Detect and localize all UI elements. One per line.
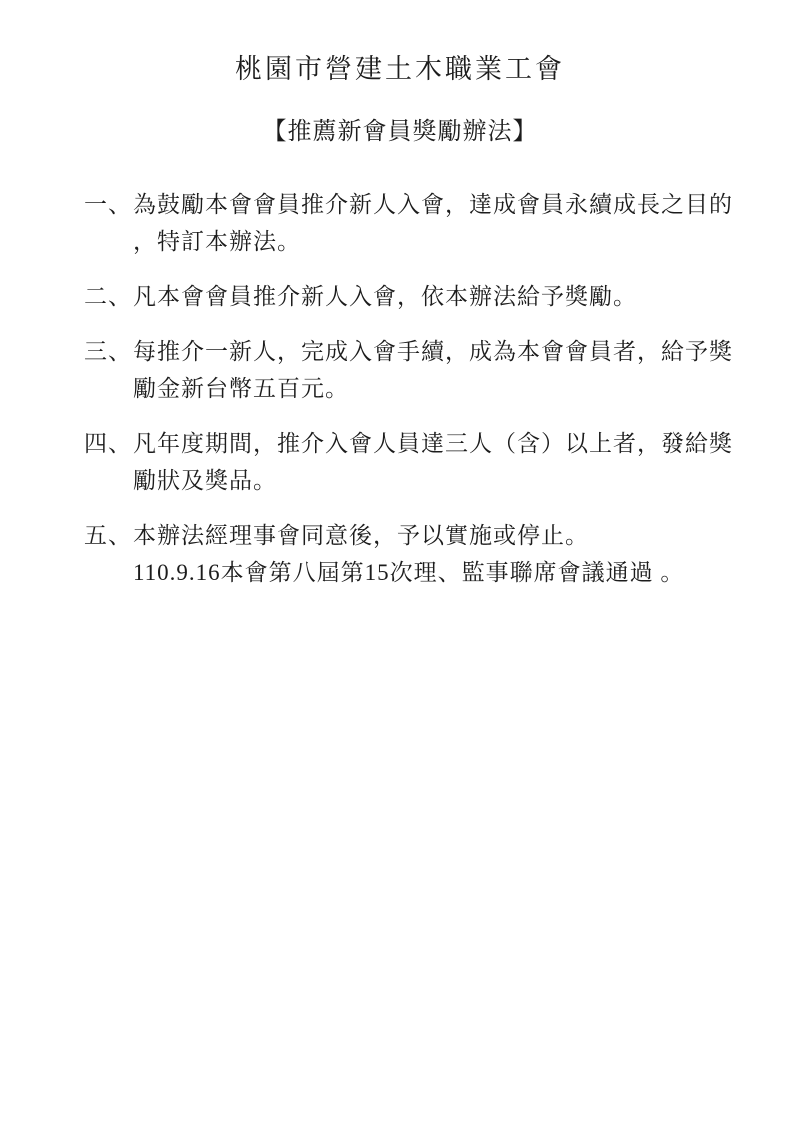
item-1-line-1: 為鼓勵本會會員推介新人入會，達成會員永續成長之目的: [133, 186, 733, 223]
document-title: 桃園市營建土木職業工會: [0, 52, 800, 86]
list-item-2: 二、 凡本會會員推介新人入會，依本辦法給予獎勵。: [84, 278, 730, 315]
list-item-5: 五、 本辦法經理事會同意後，予以實施或停止。 110.9.16本會第八屆第15次…: [84, 517, 730, 591]
list-item-3: 三、 每推介一新人，完成入會手續，成為本會會員者，給予獎 勵金新台幣五百元。: [84, 333, 730, 407]
item-3-line-2: 勵金新台幣五百元。: [133, 370, 733, 407]
item-3-line-1: 每推介一新人，完成入會手續，成為本會會員者，給予獎: [133, 333, 733, 370]
item-3-marker: 三、: [84, 333, 133, 370]
item-1-line-2: ，特訂本辦法。: [133, 223, 733, 260]
item-2-marker: 二、: [84, 278, 133, 315]
item-5-line-2: 110.9.16本會第八屆第15次理、監事聯席會議通過 。: [133, 554, 730, 591]
item-5-marker: 五、: [84, 517, 133, 554]
document-page: 桃園市營建土木職業工會 【推薦新會員獎勵辦法】 一、 為鼓勵本會會員推介新人入會…: [0, 0, 800, 1132]
item-2-line-1: 凡本會會員推介新人入會，依本辦法給予獎勵。: [133, 278, 730, 315]
item-2-body: 凡本會會員推介新人入會，依本辦法給予獎勵。: [133, 278, 730, 315]
item-3-body: 每推介一新人，完成入會手續，成為本會會員者，給予獎 勵金新台幣五百元。: [133, 333, 733, 407]
item-1-marker: 一、: [84, 186, 133, 223]
item-4-line-1: 凡年度期間，推介入會人員達三人（含）以上者，發給獎: [133, 425, 733, 462]
item-5-body: 本辦法經理事會同意後，予以實施或停止。 110.9.16本會第八屆第15次理、監…: [133, 517, 730, 591]
item-4-line-2: 勵狀及獎品。: [133, 462, 733, 499]
item-4-marker: 四、: [84, 425, 133, 462]
document-body: 一、 為鼓勵本會會員推介新人入會，達成會員永續成長之目的 ，特訂本辦法。 二、 …: [84, 186, 730, 591]
item-4-body: 凡年度期間，推介入會人員達三人（含）以上者，發給獎 勵狀及獎品。: [133, 425, 733, 499]
list-item-1: 一、 為鼓勵本會會員推介新人入會，達成會員永續成長之目的 ，特訂本辦法。: [84, 186, 730, 260]
item-5-line-1: 本辦法經理事會同意後，予以實施或停止。: [133, 517, 730, 554]
document-subtitle: 【推薦新會員獎勵辦法】: [0, 116, 800, 148]
item-1-body: 為鼓勵本會會員推介新人入會，達成會員永續成長之目的 ，特訂本辦法。: [133, 186, 733, 260]
list-item-4: 四、 凡年度期間，推介入會人員達三人（含）以上者，發給獎 勵狀及獎品。: [84, 425, 730, 499]
